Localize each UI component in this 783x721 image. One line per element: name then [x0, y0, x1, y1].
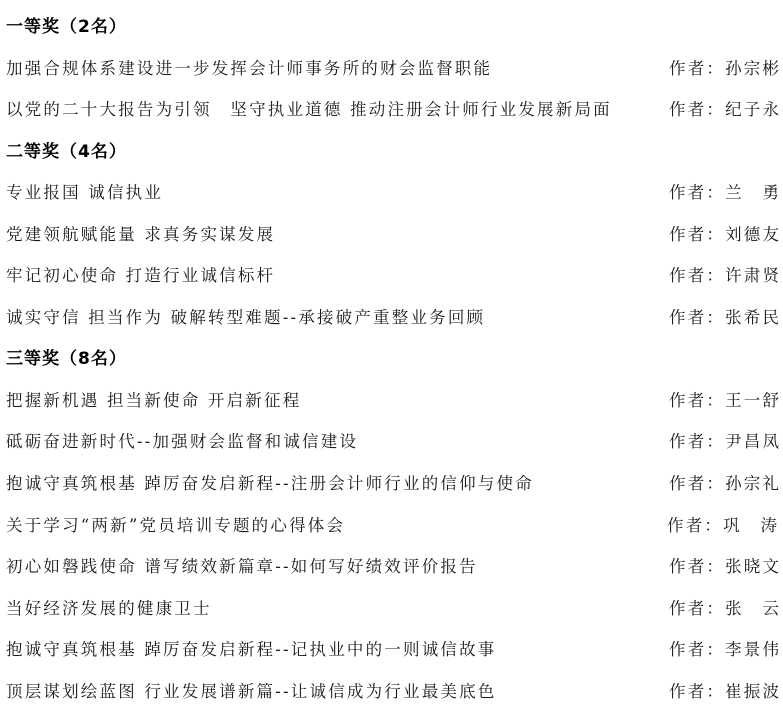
- author-name: 张晓文: [725, 557, 781, 576]
- entry-author: 作者：巩 涛: [667, 514, 779, 538]
- list-item: 加强合规体系建设进一步发挥会计师事务所的财会监督职能 作者：孙宗彬: [6, 57, 777, 81]
- entry-title: 顶层谋划绘蓝图 行业发展谱新篇--让诚信成为行业最美底色: [6, 680, 497, 704]
- author-name: 巩 涛: [723, 516, 779, 535]
- author-name: 刘德友: [725, 225, 781, 244]
- author-label: 作者：: [669, 100, 725, 119]
- entry-title: 专业报国 诚信执业: [6, 181, 163, 205]
- author-name: 王一舒: [725, 391, 781, 410]
- entry-author: 作者：孙宗彬: [669, 57, 781, 81]
- entry-title: 以党的二十大报告为引领 坚守执业道德 推动注册会计师行业发展新局面: [6, 98, 612, 122]
- author-label: 作者：: [669, 640, 725, 659]
- entry-author: 作者：许肃贤: [669, 264, 781, 288]
- entry-author: 作者：崔振波: [669, 680, 781, 704]
- list-item: 专业报国 诚信执业 作者：兰 勇: [6, 181, 777, 205]
- entry-title: 党建领航赋能量 求真务实谋发展: [6, 223, 275, 247]
- list-item: 抱诚守真筑根基 踔厉奋发启新程--记执业中的一则诚信故事 作者：李景伟: [6, 638, 777, 662]
- entry-title: 关于学习“两新”党员培训专题的心得体会: [6, 514, 345, 538]
- entry-author: 作者：孙宗礼: [669, 472, 781, 496]
- list-item: 抱诚守真筑根基 踔厉奋发启新程--注册会计师行业的信仰与使命 作者：孙宗礼: [6, 472, 777, 496]
- author-label: 作者：: [667, 516, 723, 535]
- list-item: 党建领航赋能量 求真务实谋发展 作者：刘德友: [6, 223, 777, 247]
- list-item: 当好经济发展的健康卫士 作者：张 云: [6, 597, 777, 621]
- entry-author: 作者：刘德友: [669, 223, 781, 247]
- entry-author: 作者：王一舒: [669, 389, 781, 413]
- section-heading-second-prize: 二等奖（4名）: [6, 140, 127, 164]
- entry-author: 作者：纪子永: [669, 98, 781, 122]
- entry-author: 作者：兰 勇: [669, 181, 781, 205]
- list-item: 顶层谋划绘蓝图 行业发展谱新篇--让诚信成为行业最美底色 作者：崔振波: [6, 680, 777, 704]
- author-label: 作者：: [669, 225, 725, 244]
- list-item: 诚实守信 担当作为 破解转型难题--承接破产重整业务回顾 作者：张希民: [6, 306, 777, 330]
- entry-title: 牢记初心使命 打造行业诚信标杆: [6, 264, 275, 288]
- section-heading-third-prize: 三等奖（8名）: [6, 347, 127, 371]
- author-label: 作者：: [669, 183, 725, 202]
- entry-title: 初心如磐践使命 谱写绩效新篇章--如何写好绩效评价报告: [6, 555, 478, 579]
- entry-title: 诚实守信 担当作为 破解转型难题--承接破产重整业务回顾: [6, 306, 485, 330]
- author-name: 张 云: [725, 599, 781, 618]
- entry-author: 作者：尹昌凤: [669, 430, 781, 454]
- entry-title: 加强合规体系建设进一步发挥会计师事务所的财会监督职能: [6, 57, 492, 81]
- list-item: 把握新机遇 担当新使命 开启新征程 作者：王一舒: [6, 389, 777, 413]
- author-label: 作者：: [669, 599, 725, 618]
- entry-title: 当好经济发展的健康卫士: [6, 597, 212, 621]
- author-label: 作者：: [669, 432, 725, 451]
- author-name: 张希民: [725, 308, 781, 327]
- section-heading-first-prize: 一等奖（2名）: [6, 15, 127, 39]
- entry-author: 作者：张晓文: [669, 555, 781, 579]
- author-label: 作者：: [669, 266, 725, 285]
- list-item: 关于学习“两新”党员培训专题的心得体会 作者：巩 涛: [6, 514, 777, 538]
- author-label: 作者：: [669, 474, 725, 493]
- author-name: 孙宗彬: [725, 59, 781, 78]
- list-item: 初心如磐践使命 谱写绩效新篇章--如何写好绩效评价报告 作者：张晓文: [6, 555, 777, 579]
- author-label: 作者：: [669, 391, 725, 410]
- entry-author: 作者：李景伟: [669, 638, 781, 662]
- author-name: 尹昌凤: [725, 432, 781, 451]
- author-label: 作者：: [669, 308, 725, 327]
- author-label: 作者：: [669, 682, 725, 701]
- author-name: 李景伟: [725, 640, 781, 659]
- entry-title: 抱诚守真筑根基 踔厉奋发启新程--记执业中的一则诚信故事: [6, 638, 497, 662]
- author-name: 崔振波: [725, 682, 781, 701]
- author-label: 作者：: [669, 557, 725, 576]
- entry-author: 作者：张希民: [669, 306, 781, 330]
- list-item: 以党的二十大报告为引领 坚守执业道德 推动注册会计师行业发展新局面 作者：纪子永: [6, 98, 777, 122]
- entry-author: 作者：张 云: [669, 597, 781, 621]
- list-item: 牢记初心使命 打造行业诚信标杆 作者：许肃贤: [6, 264, 777, 288]
- author-label: 作者：: [669, 59, 725, 78]
- author-name: 纪子永: [725, 100, 781, 119]
- author-name: 孙宗礼: [725, 474, 781, 493]
- entry-title: 把握新机遇 担当新使命 开启新征程: [6, 389, 301, 413]
- list-item: 砥砺奋进新时代--加强财会监督和诚信建设 作者：尹昌凤: [6, 430, 777, 454]
- entry-title: 砥砺奋进新时代--加强财会监督和诚信建设: [6, 430, 358, 454]
- author-name: 许肃贤: [725, 266, 781, 285]
- author-name: 兰 勇: [725, 183, 781, 202]
- entry-title: 抱诚守真筑根基 踔厉奋发启新程--注册会计师行业的信仰与使命: [6, 472, 534, 496]
